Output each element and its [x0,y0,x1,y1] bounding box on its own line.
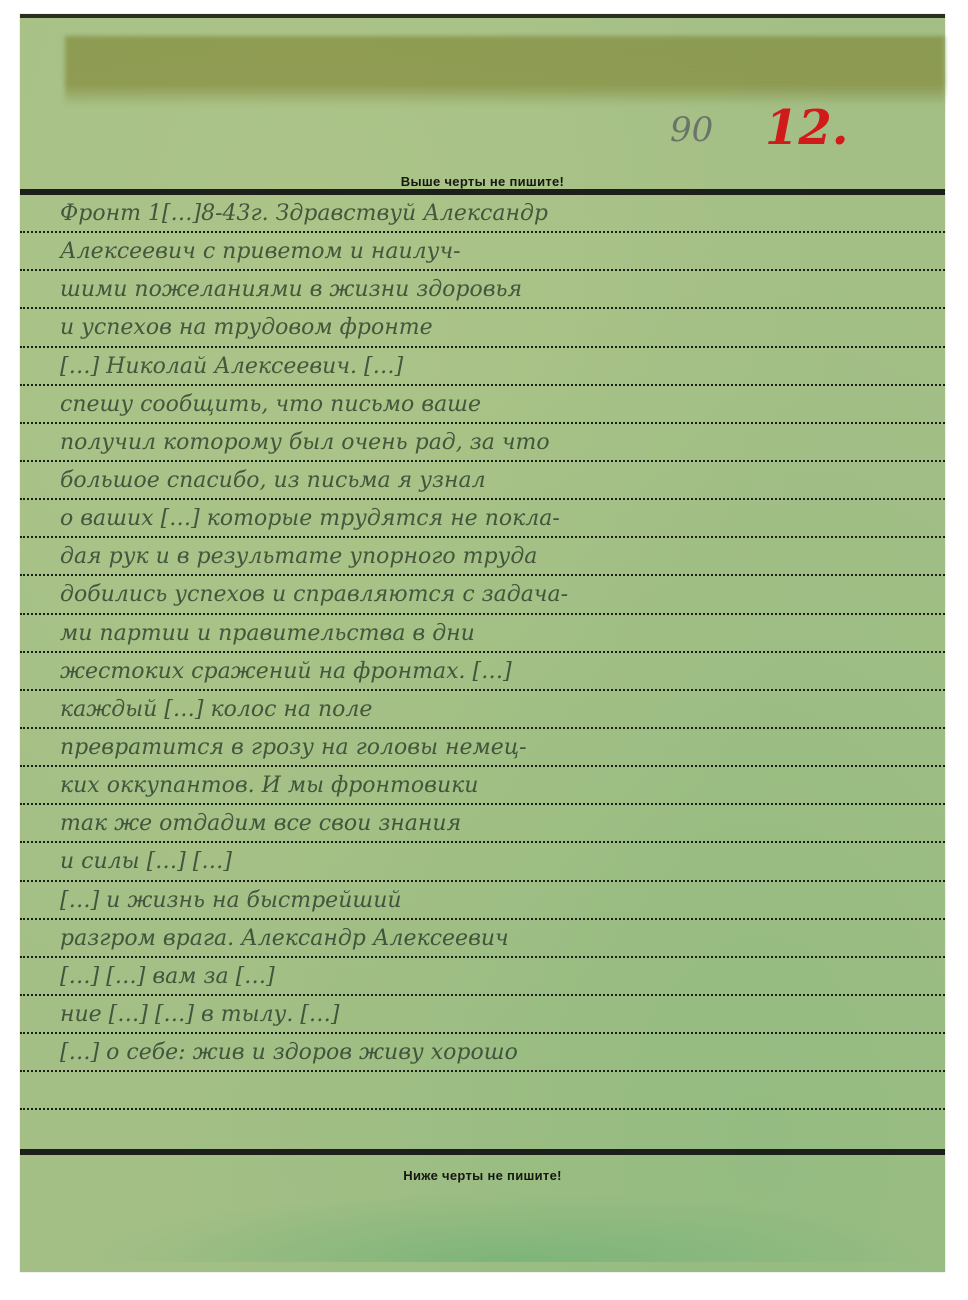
handwritten-line: […] о себе: жив и здоров живу хорошо [20,1034,945,1072]
handwritten-line: и силы […] […] [20,843,945,881]
handwritten-line: добились успехов и справляются с задача- [20,576,945,614]
stain-bottom [80,1192,940,1262]
handwritten-line [20,1110,945,1148]
handwritten-line: о ваших […] которые трудятся не покла- [20,500,945,538]
handwritten-line: разгром врага. Александр Алексеевич [20,920,945,958]
letter-sheet: 90 12. Выше черты не пишите! Фронт 1[…]8… [20,14,945,1272]
bottom-rule [20,1149,945,1155]
handwritten-line: большое спасибо, из письма я узнал [20,462,945,500]
handwritten-line: каждый […] колос на поле [20,691,945,729]
handwritten-line: Фронт 1[…]8-43г. Здравствуй Александр [20,195,945,233]
handwritten-line: ких оккупантов. И мы фронтовики [20,767,945,805]
notice-below-line: Ниже черты не пишите! [20,1168,945,1183]
archive-number-pencil: 90 [670,110,713,150]
notice-above-line: Выше черты не пишите! [20,174,945,189]
handwritten-line: так же отдадим все свои знания [20,805,945,843]
handwritten-line: […] и жизнь на быстрейший [20,882,945,920]
handwritten-line: жестоких сражений на фронтах. […] [20,653,945,691]
handwritten-line: получил которому был очень рад, за что [20,424,945,462]
handwritten-body: Фронт 1[…]8-43г. Здравствуй АлександрАле… [20,195,945,1149]
handwritten-line: шими пожеланиями в жизни здоровья [20,271,945,309]
handwritten-line: спешу сообщить, что письмо ваше [20,386,945,424]
handwritten-line: дая рук и в результате упорного труда [20,538,945,576]
handwritten-line: […] Николай Алексеевич. […] [20,348,945,386]
archive-number-red: 12. [765,100,849,156]
stain-top [65,36,945,106]
handwritten-line: ми партии и правительства в дни [20,615,945,653]
handwritten-line: […] […] вам за […] [20,958,945,996]
handwritten-line: ние […] […] в тылу. […] [20,996,945,1034]
handwritten-line: превратится в грозу на головы немец- [20,729,945,767]
handwritten-line [20,1072,945,1110]
handwritten-line: Алексеевич с приветом и наилуч- [20,233,945,271]
handwritten-line: и успехов на трудовом фронте [20,309,945,347]
